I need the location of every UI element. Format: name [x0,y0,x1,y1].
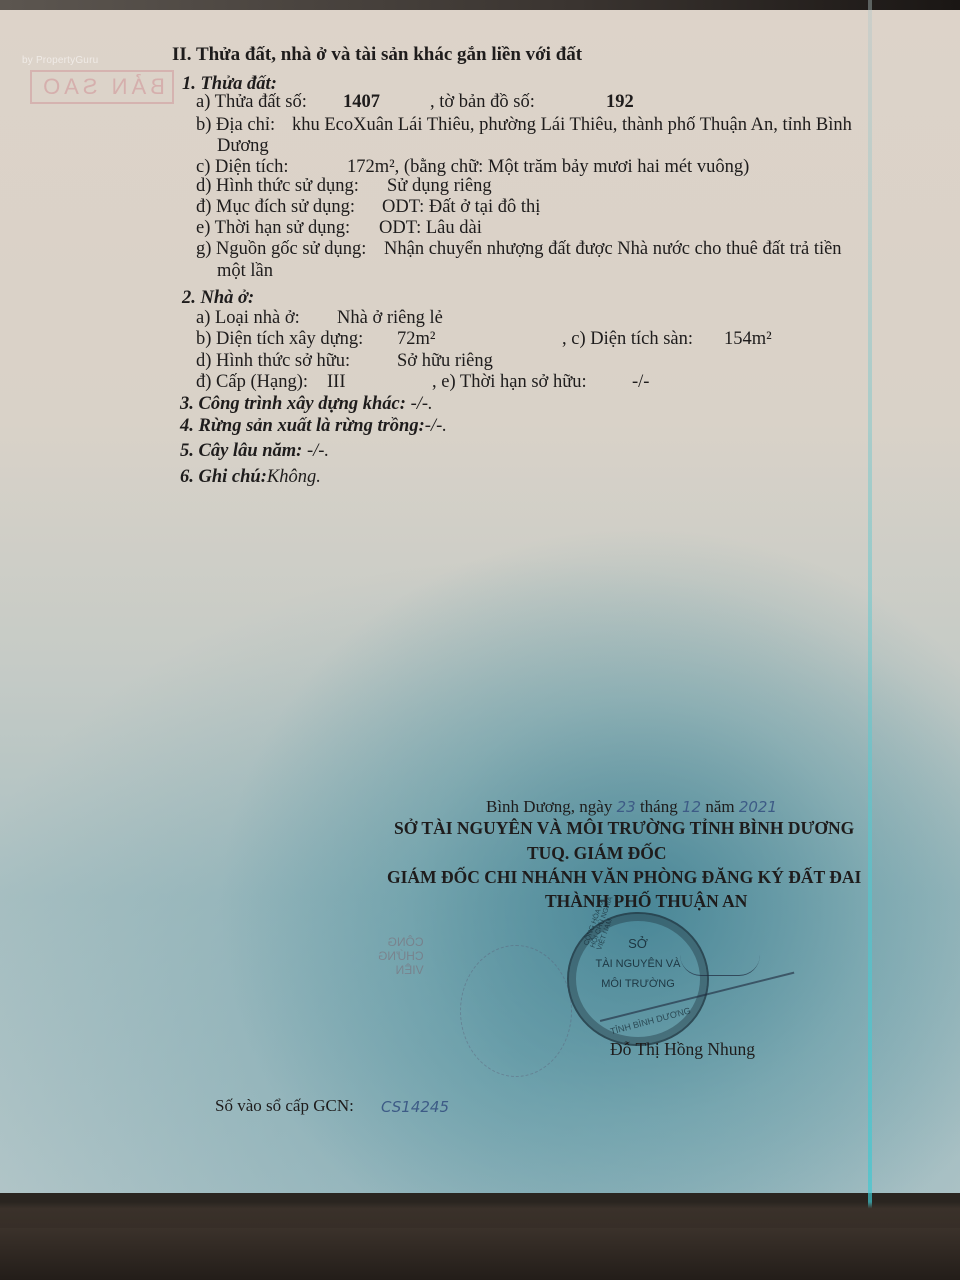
other-item-label: 4. Rừng sản xuất là rừng trồng: [180,416,425,436]
origin-value-line1: Nhận chuyển nhượng đất được Nhà nước cho… [384,239,842,260]
use-form-label: d) Hình thức sử dụng: [196,176,359,197]
other-item: 3. Công trình xây dựng khác: -/-. [180,394,433,415]
area-label: c) Diện tích: [196,157,288,178]
other-item-value: -/-. [307,441,329,461]
signer-name: Đỗ Thị Hồng Nhung [610,1039,755,1060]
own-term-value: -/- [632,372,649,393]
ghost-seal [460,945,572,1077]
org-line2: TUQ. GIÁM ĐỐC [527,843,667,864]
floor-area-label: , c) Diện tích sàn: [562,329,693,350]
house-type-value: Nhà ở riêng lẻ [337,308,443,329]
other-item: 5. Cây lâu năm: -/-. [180,441,329,462]
house-type-label: a) Loại nhà ở: [196,308,300,329]
parcel-number: 1407 [343,92,380,113]
table-surface [0,1228,960,1280]
sign-year: 2021 [739,798,777,816]
purpose-value: ODT: Đất ở tại đô thị [382,197,540,218]
place-date: Bình Dương, ngày 23 tháng 12 năm 2021 [486,797,777,817]
address-line2: Dương [217,136,269,157]
org-line3: GIÁM ĐỐC CHI NHÁNH VĂN PHÒNG ĐĂNG KÝ ĐẤT… [387,867,861,888]
org-line1: SỞ TÀI NGUYÊN VÀ MÔI TRƯỜNG TỈNH BÌNH DƯ… [380,818,960,839]
origin-value-line2: một lần [217,261,273,282]
year-label: năm [705,797,734,816]
official-seal: SỞ TÀI NGUYÊN VÀ MÔI TRƯỜNG CỘNG HÒA XÃ … [567,912,709,1046]
ghost-notary-stamp: CÔNG CHỨNG VIÊN [378,935,424,977]
other-item: 6. Ghi chú:Không. [180,467,321,488]
paper-fold-edge [868,0,872,1250]
seal-ring-bottom: TỈNH BÌNH DƯƠNG [609,1005,692,1036]
other-item-label: 5. Cây lâu năm: [180,441,302,461]
other-item-value: -/-. [425,416,447,436]
address-line1: khu EcoXuân Lái Thiêu, phường Lái Thiêu,… [292,115,852,136]
other-item-value: -/-. [411,394,433,414]
watermark: by PropertyGuru [22,55,98,66]
build-area-value: 72m² [397,329,435,350]
parcel-row: a) Thửa đất số: [196,92,307,113]
house-heading: 2. Nhà ở: [182,288,254,309]
other-item-label: 6. Ghi chú: [180,467,267,487]
term-label: e) Thời hạn sử dụng: [196,218,350,239]
other-item-label: 3. Công trình xây dựng khác: [180,394,406,414]
own-term-label: , e) Thời hạn sở hữu: [432,372,587,393]
registry-label: Số vào sổ cấp GCN: [215,1096,354,1116]
origin-label: g) Nguồn gốc sử dụng: [196,239,366,260]
seal-text-3: MÔI TRƯỜNG [569,978,707,990]
use-form-value: Sử dụng riêng [387,176,492,197]
copy-stamp: BẢN SAO [30,70,174,104]
org-line4: THÀNH PHỐ THUẬN AN [545,891,747,912]
signature [680,955,760,976]
other-item-value: Không. [267,467,321,487]
ownership-label: d) Hình thức sở hữu: [196,351,350,372]
place-date-prefix: Bình Dương, ngày [486,797,612,816]
month-label: tháng [640,797,678,816]
grade-label: đ) Cấp (Hạng): [196,372,308,393]
build-area-label: b) Diện tích xây dựng: [196,329,363,350]
photo-top-edge [0,0,960,10]
purpose-label: đ) Mục đích sử dụng: [196,197,355,218]
area-value: 172m², (bằng chữ: Một trăm bảy mươi hai … [347,157,749,178]
term-value: ODT: Lâu dài [379,218,482,239]
sign-day: 23 [617,798,636,816]
parcel-label: a) Thửa đất số: [196,92,307,112]
sign-month: 12 [682,798,701,816]
address-label: b) Địa chỉ: [196,115,275,136]
map-sheet-label: , tờ bản đồ số: [430,92,535,113]
ownership-value: Sở hữu riêng [397,351,493,372]
grade-value: III [327,372,345,393]
floor-area-value: 154m² [724,329,772,350]
registry-value: CS14245 [381,1098,449,1116]
map-sheet-number: 192 [606,92,634,113]
other-item: 4. Rừng sản xuất là rừng trồng:-/-. [180,416,447,437]
section-title: II. Thửa đất, nhà ở và tài sản khác gắn … [172,44,582,66]
